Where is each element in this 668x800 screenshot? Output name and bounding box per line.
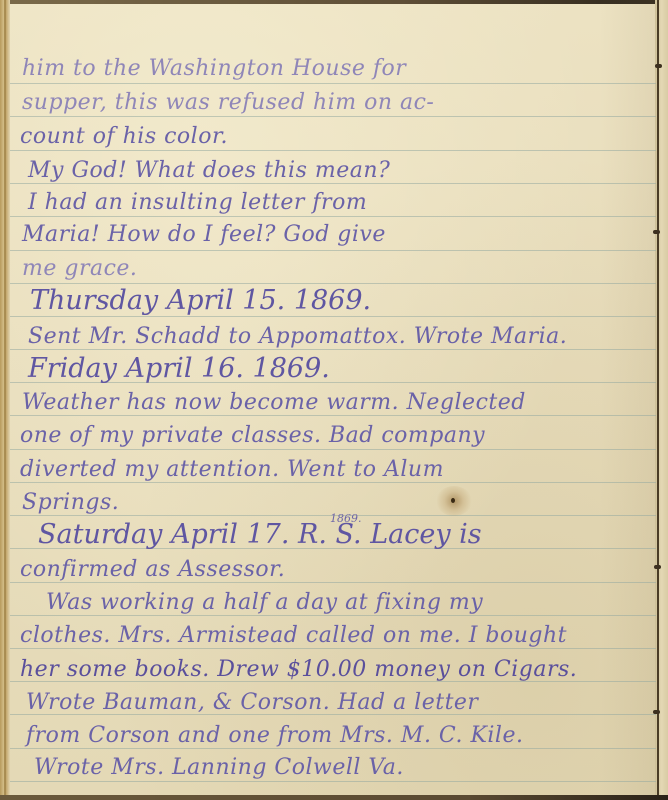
gutter-shadow: [600, 0, 656, 800]
handwritten-line: Wrote Mrs. Lanning Colwell Va.: [34, 755, 404, 780]
right-binding-line: [657, 0, 659, 800]
ruled-line: [10, 150, 656, 151]
handwritten-line: count of his color.: [20, 124, 228, 149]
handwritten-line: Weather has now become warm. Neglected: [22, 390, 526, 415]
handwritten-line: Sent Mr. Schadd to Appomattox. Wrote Mar…: [28, 324, 567, 349]
ruled-line: [10, 250, 656, 251]
ruled-line: [10, 482, 656, 483]
ruled-line: [10, 615, 656, 616]
handwritten-line: diverted my attention. Went to Alum: [20, 457, 444, 482]
ruled-line: [10, 116, 656, 117]
handwritten-line: from Corson and one from Mrs. M. C. Kile…: [26, 723, 524, 748]
binding-stitch: [653, 230, 660, 234]
handwritten-line: Springs.: [22, 490, 119, 515]
handwritten-line: Wrote Bauman, & Corson. Had a letter: [26, 690, 478, 715]
ruled-line: [10, 748, 656, 749]
handwritten-line: him to the Washington House for: [22, 56, 406, 81]
ruled-line: [10, 781, 656, 782]
left-binding-line: [4, 0, 6, 800]
ruled-line: [10, 449, 656, 450]
ruled-line: [10, 316, 656, 317]
handwritten-line: one of my private classes. Bad company: [20, 423, 485, 448]
ruled-line: [10, 415, 656, 416]
ruled-line: [10, 648, 656, 649]
ruled-line: [10, 83, 656, 84]
ruled-line: [10, 582, 656, 583]
handwritten-line: confirmed as Assessor.: [20, 557, 285, 582]
handwritten-line: clothes. Mrs. Armistead called on me. I …: [20, 623, 567, 648]
diary-date-heading: Friday April 16. 1869.: [28, 353, 330, 384]
diary-page: him to the Washington House for supper, …: [0, 0, 668, 800]
handwritten-line: her some books. Drew $10.00 money on Cig…: [20, 657, 577, 682]
diary-date-heading: Thursday April 15. 1869.: [30, 285, 371, 316]
paper-stain-dot: [451, 498, 455, 503]
handwritten-line: I had an insulting letter from: [28, 190, 367, 215]
ruled-line: [10, 183, 656, 184]
page-bottom-edge: [0, 795, 668, 800]
diary-date-heading: Saturday April 17. R. S. Lacey is: [38, 519, 482, 550]
ruled-line: [10, 283, 656, 284]
binding-stitch: [654, 565, 661, 569]
handwritten-line: Was working a half a day at fixing my: [46, 590, 483, 615]
ruled-line: [10, 349, 656, 350]
handwritten-line: Maria! How do I feel? God give: [22, 222, 386, 247]
handwritten-line: My God! What does this mean?: [28, 158, 390, 183]
page-top-edge: [0, 0, 668, 4]
handwritten-line: me grace.: [22, 256, 137, 281]
handwritten-line: supper, this was refused him on ac-: [22, 90, 434, 115]
ruled-line: [10, 216, 656, 217]
binding-stitch: [655, 64, 662, 68]
superscript-year: 1869.: [330, 512, 362, 525]
